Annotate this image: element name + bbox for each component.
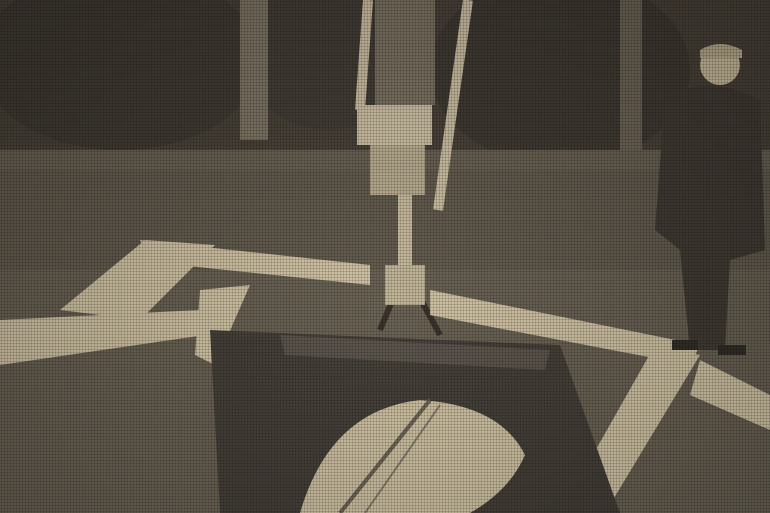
tree-trunk	[240, 0, 268, 140]
photo-scene	[0, 0, 770, 513]
newspaper-photograph	[0, 0, 770, 513]
